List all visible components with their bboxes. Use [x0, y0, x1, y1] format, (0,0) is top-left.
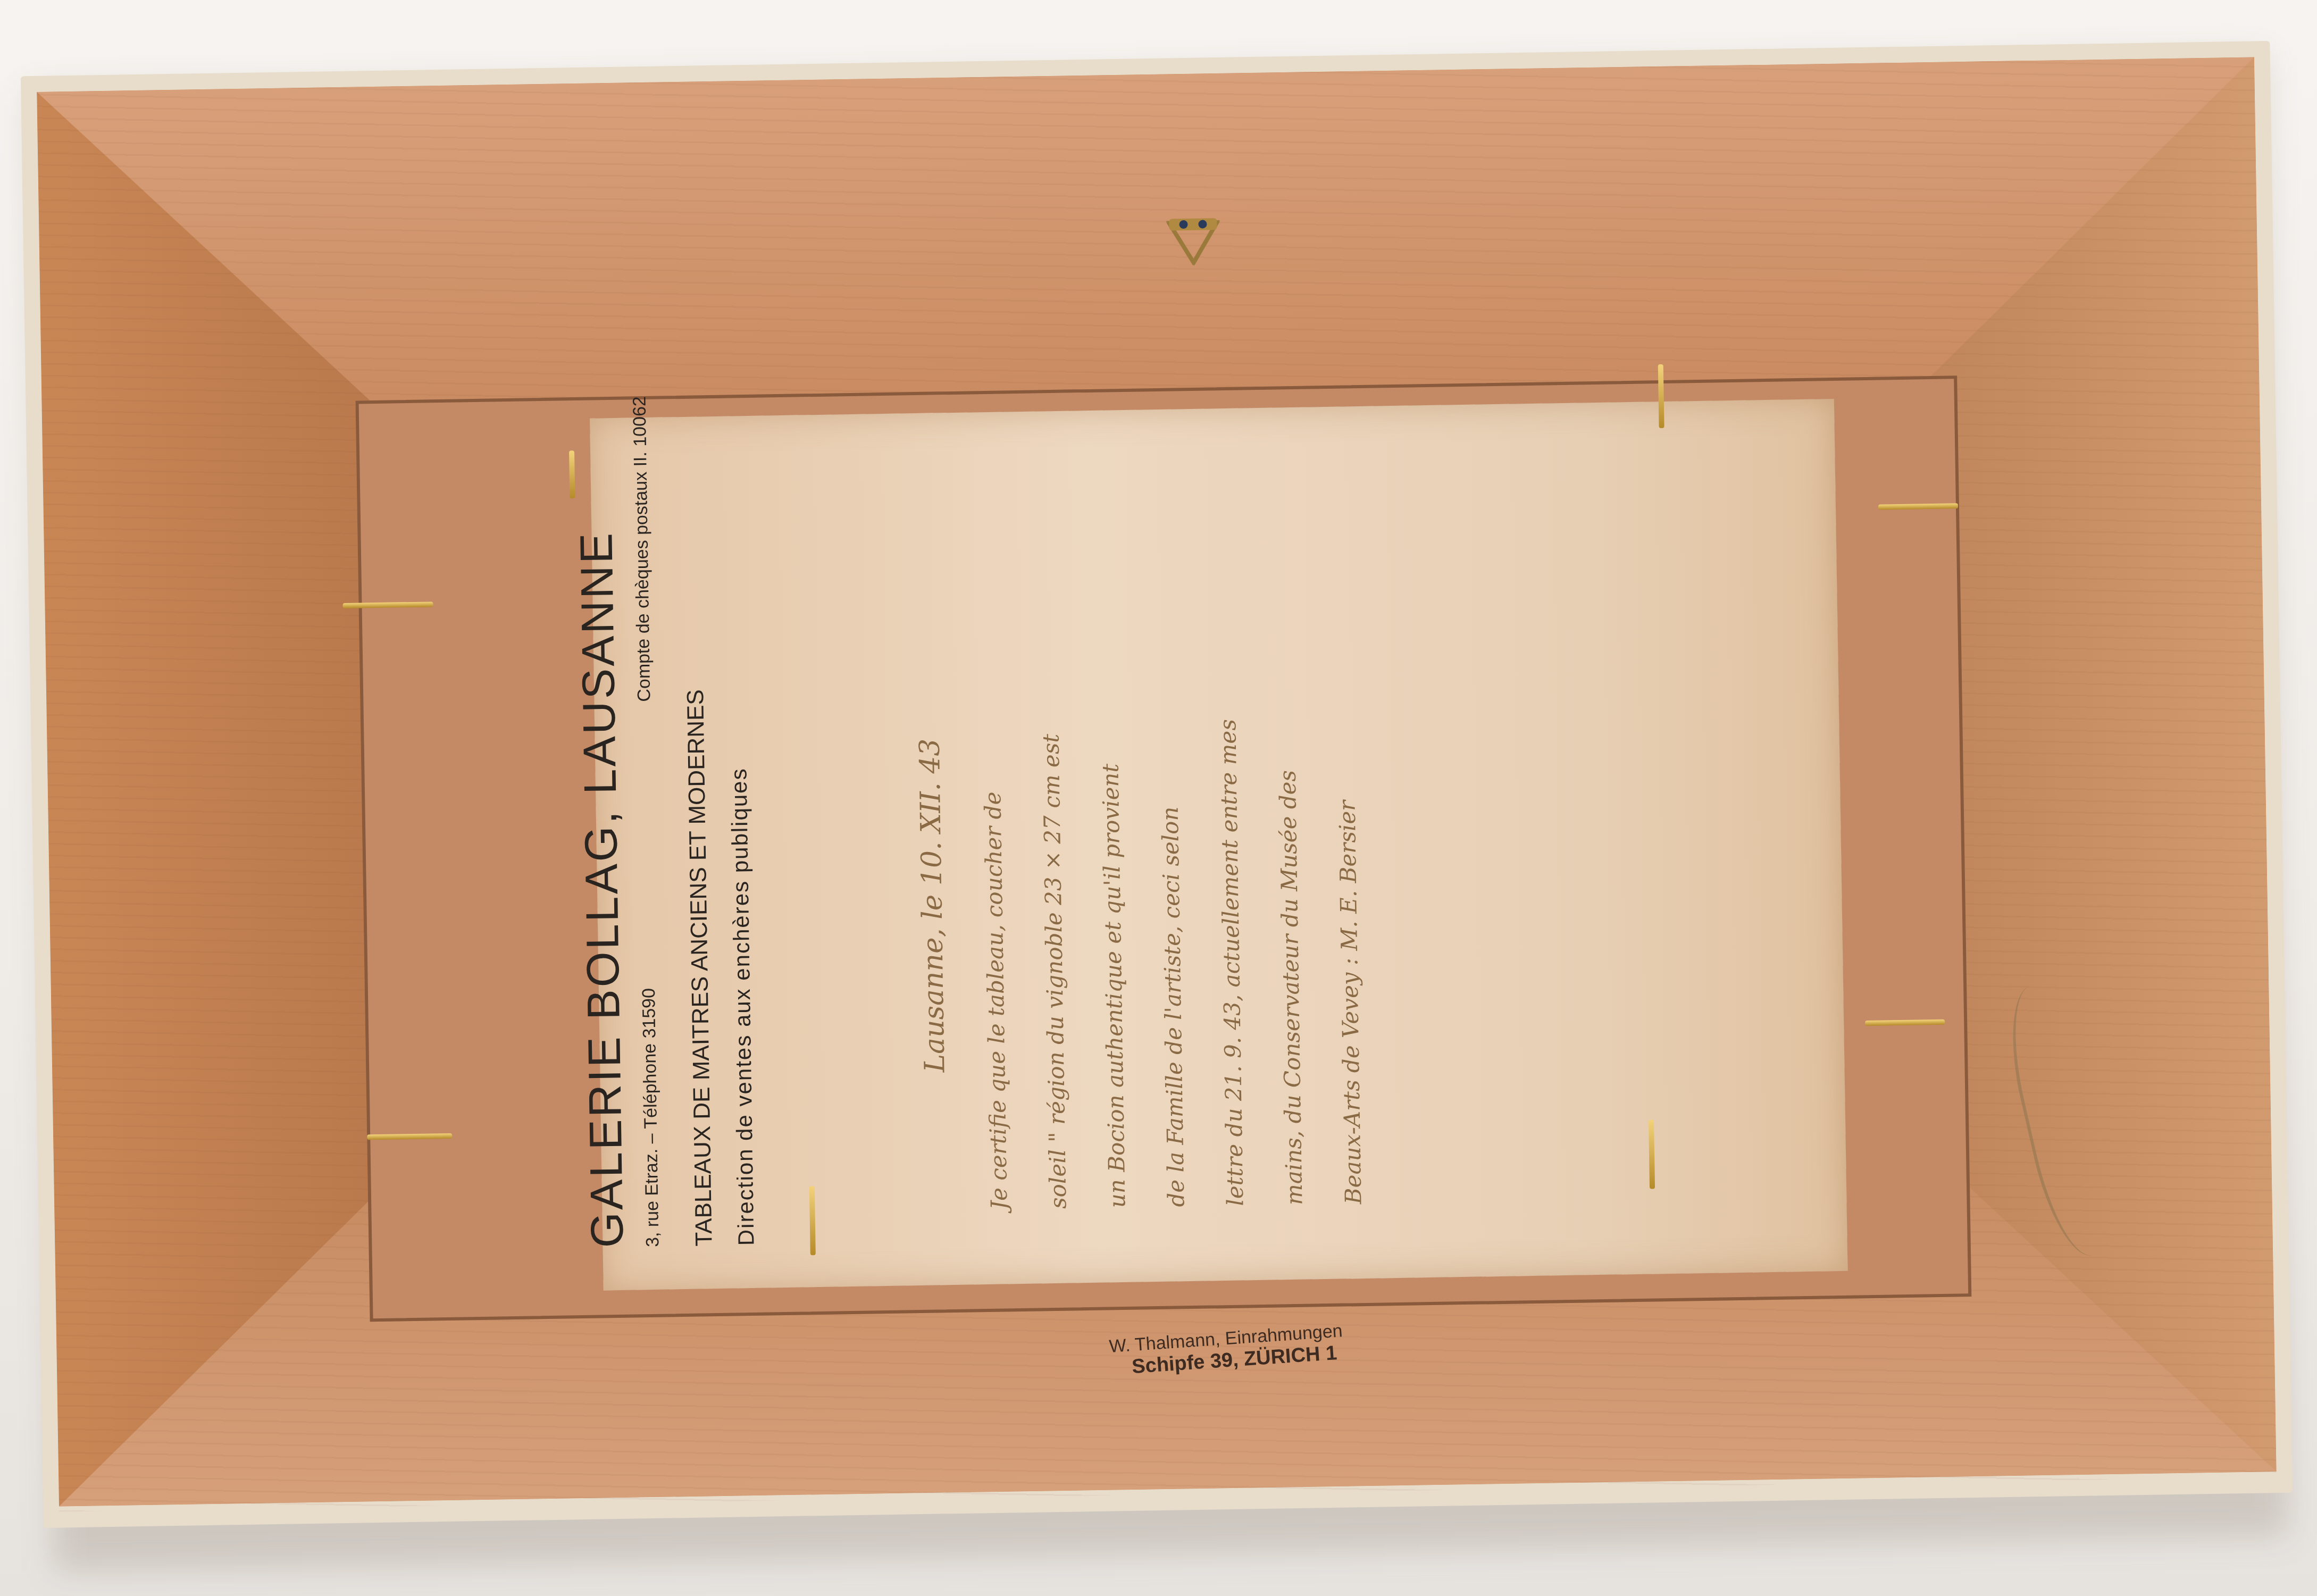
certificate-line: Je certifie que le tableau, coucher de [974, 412, 1013, 1210]
handwritten-certificate: Lausanne, le 10. XII. 43 Je certifie que… [909, 406, 1366, 1211]
postal-account: Compte de chèques postaux II. 10062 [629, 396, 655, 702]
gallery-tagline: TABLEAUX DE MAITRES ANCIENS ET MODERNES [677, 395, 717, 1247]
gallery-subtagline: Direction de ventes aux enchères publiqu… [720, 395, 759, 1246]
triangle-hanger-icon [1166, 217, 1220, 266]
certificate-line: de la Famille de l'artiste, ceci selon [1151, 409, 1190, 1207]
certificate-line: lettre du 21. 9. 43, actuellement entre … [1210, 408, 1249, 1207]
certificate-date: Lausanne, le 10. XII. 43 [909, 413, 951, 1073]
certificate-line: Beaux-Arts de Vevey : M. E. Bersier [1328, 406, 1367, 1205]
picture-frame-back: GALERIE BOLLAG, LAUSANNE 3, rue Etraz. –… [21, 41, 2293, 1528]
certificate-line: mains, du Conservateur du Musée des [1269, 407, 1308, 1206]
brad-nail [569, 450, 575, 498]
gallery-certificate-label: GALERIE BOLLAG, LAUSANNE 3, rue Etraz. –… [590, 399, 1847, 1291]
brad-nail [1649, 1119, 1655, 1189]
printed-letterhead: GALERIE BOLLAG, LAUSANNE 3, rue Etraz. –… [568, 395, 759, 1248]
gallery-address: 3, rue Etraz. – Téléphone 31590 [639, 988, 664, 1248]
certificate-line: un Bocion authentique et qu'il provient [1092, 410, 1131, 1208]
brad-nail [1658, 364, 1664, 428]
brad-nail [809, 1186, 816, 1255]
address-row: 3, rue Etraz. – Téléphone 31590 Compte d… [629, 396, 663, 1247]
certificate-line: soleil " région du vignoble 23 × 27 cm e… [1033, 411, 1072, 1209]
